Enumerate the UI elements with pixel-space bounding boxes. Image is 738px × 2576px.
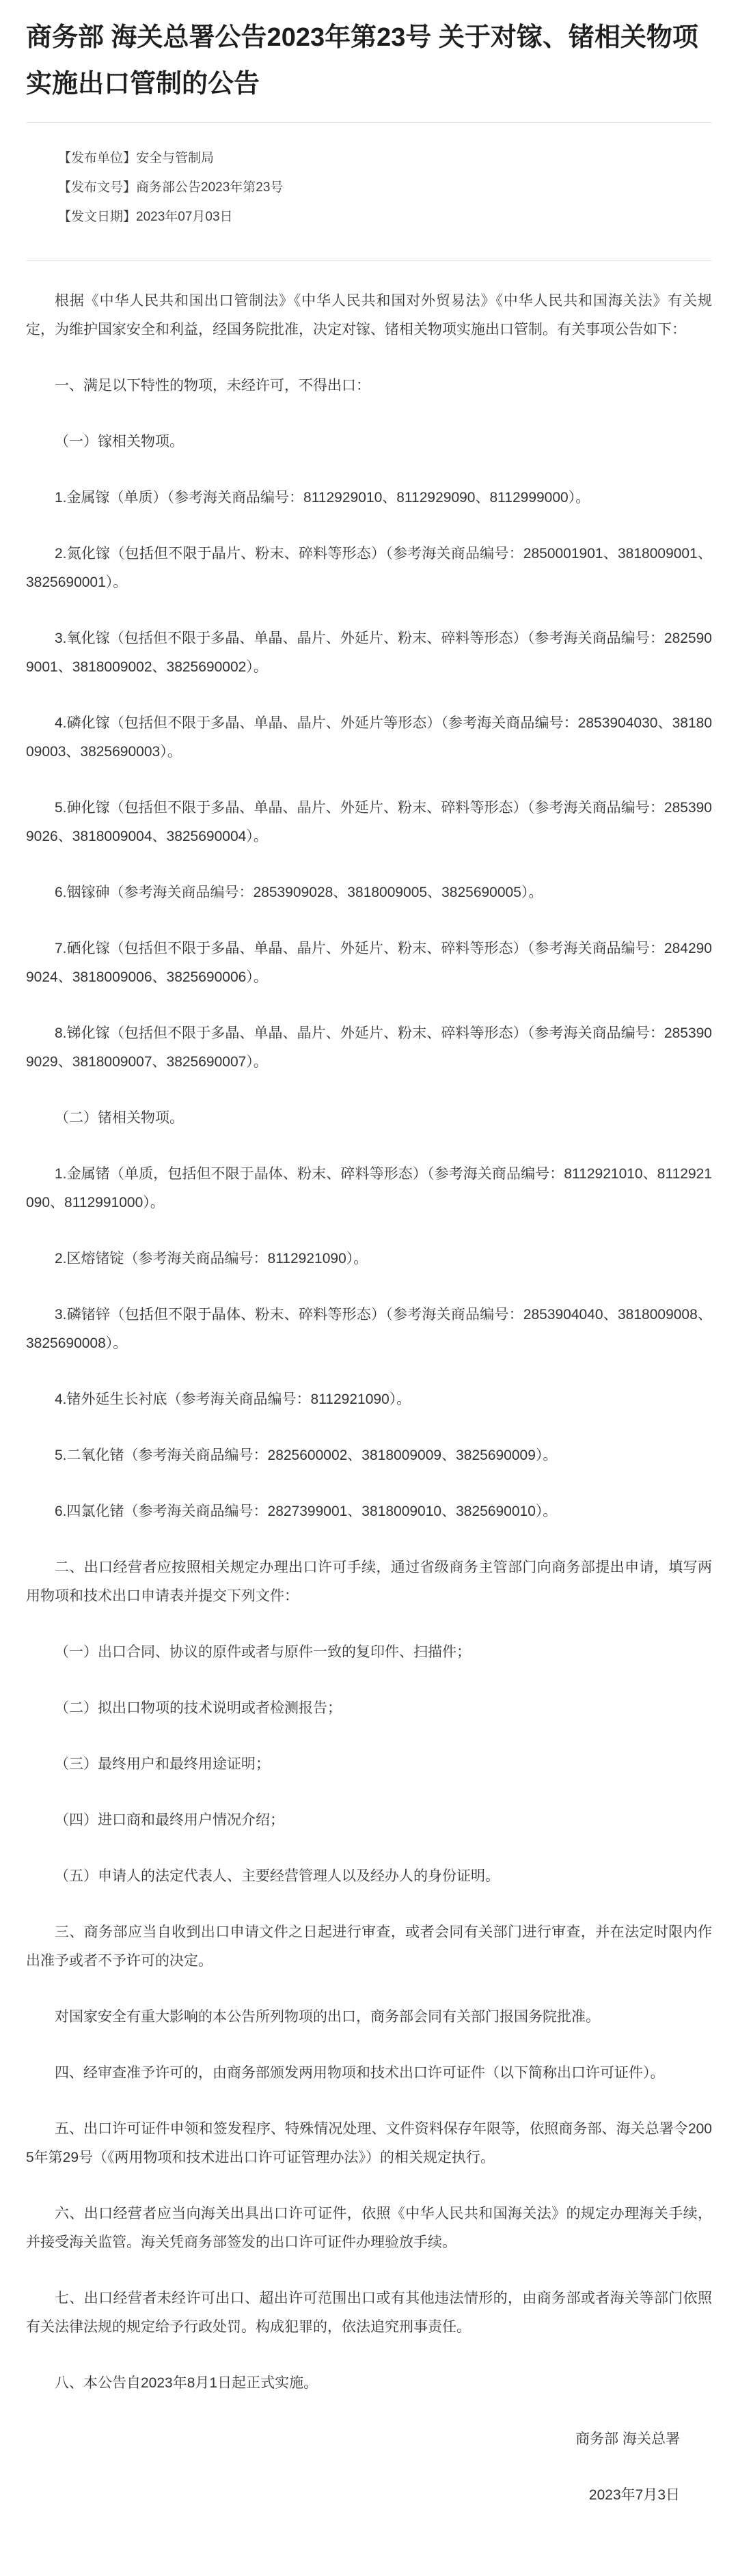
announcement-page: 商务部 海关总署公告2023年第23号 关于对镓、锗相关物项实施出口管制的公告 … xyxy=(0,0,738,2576)
paragraph-article-5: 五、出口许可证件申领和签发程序、特殊情况处理、文件资料保存年限等，依照商务部、海… xyxy=(26,2115,712,2172)
meta-value-issuing-unit: 安全与管制局 xyxy=(136,151,214,165)
paragraph-gallium-item-7: 7.硒化镓（包括但不限于多晶、单晶、晶片、外延片、粉末、碎料等形态）（参考海关商… xyxy=(26,934,712,992)
paragraph-gallium-item-4: 4.磷化镓（包括但不限于多晶、单晶、晶片、外延片等形态）（参考海关商品编号：28… xyxy=(26,709,712,766)
signature-block: 商务部 海关总署 2023年7月3日 xyxy=(26,2425,712,2510)
paragraph-germanium-item-6: 6.四氯化锗（参考海关商品编号：2827399001、3818009010、38… xyxy=(26,1497,712,1526)
meta-row-document-number: 【发布文号】商务部公告2023年第23号 xyxy=(58,173,712,202)
paragraph-gallium-heading: （一）镓相关物项。 xyxy=(26,428,712,456)
meta-label-issue-date: 【发文日期】 xyxy=(58,210,136,224)
meta-row-issuing-unit: 【发布单位】安全与管制局 xyxy=(58,143,712,173)
meta-label-document-number: 【发布文号】 xyxy=(58,180,136,195)
paragraph-gallium-item-8: 8.锑化镓（包括但不限于多晶、单晶、晶片、外延片、粉末、碎料等形态）（参考海关商… xyxy=(26,1019,712,1077)
paragraph-germanium-item-1: 1.金属锗（单质，包括但不限于晶体、粉末、碎料等形态）（参考海关商品编号：811… xyxy=(26,1160,712,1217)
meta-section: 【发布单位】安全与管制局 【发布文号】商务部公告2023年第23号 【发文日期】… xyxy=(26,123,712,260)
paragraph-article-8: 八、本公告自2023年8月1日起正式实施。 xyxy=(26,2369,712,2398)
paragraph-document-4: （四）进口商和最终用户情况介绍； xyxy=(26,1806,712,1835)
paragraph-gallium-item-3: 3.氧化镓（包括但不限于多晶、单晶、晶片、外延片、粉末、碎料等形态）（参考海关商… xyxy=(26,624,712,682)
paragraph-article-6: 六、出口经营者应当向海关出具出口许可证件，依照《中华人民共和国海关法》的规定办理… xyxy=(26,2200,712,2257)
paragraph-article-3: 三、商务部应当自收到出口申请文件之日起进行审查，或者会同有关部门进行审查，并在法… xyxy=(26,1918,712,1976)
paragraph-gallium-item-5: 5.砷化镓（包括但不限于多晶、单晶、晶片、外延片、粉末、碎料等形态）（参考海关商… xyxy=(26,794,712,851)
paragraph-document-5: （五）申请人的法定代表人、主要经营管理人以及经办人的身份证明。 xyxy=(26,1862,712,1891)
paragraph-gallium-item-1: 1.金属镓（单质）（参考海关商品编号：8112929010、8112929090… xyxy=(26,484,712,512)
paragraph-germanium-heading: （二）锗相关物项。 xyxy=(26,1104,712,1133)
paragraph-germanium-item-5: 5.二氧化锗（参考海关商品编号：2825600002、3818009009、38… xyxy=(26,1441,712,1470)
paragraph-gallium-item-2: 2.氮化镓（包括但不限于晶片、粉末、碎料等形态）（参考海关商品编号：285000… xyxy=(26,540,712,597)
paragraph-germanium-item-2: 2.区熔锗锭（参考海关商品编号：8112921090）。 xyxy=(26,1245,712,1273)
signature-date: 2023年7月3日 xyxy=(26,2481,680,2510)
paragraph-document-3: （三）最终用户和最终用途证明； xyxy=(26,1750,712,1779)
paragraph-article-1: 一、满足以下特性的物项，未经许可，不得出口： xyxy=(26,372,712,400)
signature-agency: 商务部 海关总署 xyxy=(26,2425,680,2454)
paragraph-article-4: 四、经审查准予许可的，由商务部颁发两用物项和技术出口许可证件（以下简称出口许可证… xyxy=(26,2059,712,2088)
paragraph-germanium-item-3: 3.磷锗锌（包括但不限于晶体、粉末、碎料等形态）（参考海关商品编号：285390… xyxy=(26,1301,712,1358)
meta-label-issuing-unit: 【发布单位】 xyxy=(58,151,136,165)
paragraph-preamble: 根据《中华人民共和国出口管制法》《中华人民共和国对外贸易法》《中华人民共和国海关… xyxy=(26,287,712,344)
meta-value-issue-date: 2023年07月03日 xyxy=(136,210,233,224)
page-title: 商务部 海关总署公告2023年第23号 关于对镓、锗相关物项实施出口管制的公告 xyxy=(26,14,712,107)
meta-row-issue-date: 【发文日期】2023年07月03日 xyxy=(58,202,712,232)
paragraph-germanium-item-4: 4.锗外延生长衬底（参考海关商品编号：8112921090）。 xyxy=(26,1385,712,1414)
paragraph-article-2: 二、出口经营者应按照相关规定办理出口许可手续，通过省级商务主管部门向商务部提出申… xyxy=(26,1553,712,1611)
meta-value-document-number: 商务部公告2023年第23号 xyxy=(136,180,283,195)
paragraph-article-7: 七、出口经营者未经许可出口、超出许可范围出口或有其他违法情形的，由商务部或者海关… xyxy=(26,2284,712,2342)
paragraph-gallium-item-6: 6.铟镓砷（参考海关商品编号：2853909028、3818009005、382… xyxy=(26,878,712,907)
document-body: 根据《中华人民共和国出口管制法》《中华人民共和国对外贸易法》《中华人民共和国海关… xyxy=(26,261,712,2398)
paragraph-article-3-supplement: 对国家安全有重大影响的本公告所列物项的出口，商务部会同有关部门报国务院批准。 xyxy=(26,2003,712,2032)
paragraph-document-1: （一）出口合同、协议的原件或者与原件一致的复印件、扫描件； xyxy=(26,1638,712,1667)
paragraph-document-2: （二）拟出口物项的技术说明或者检测报告； xyxy=(26,1694,712,1723)
